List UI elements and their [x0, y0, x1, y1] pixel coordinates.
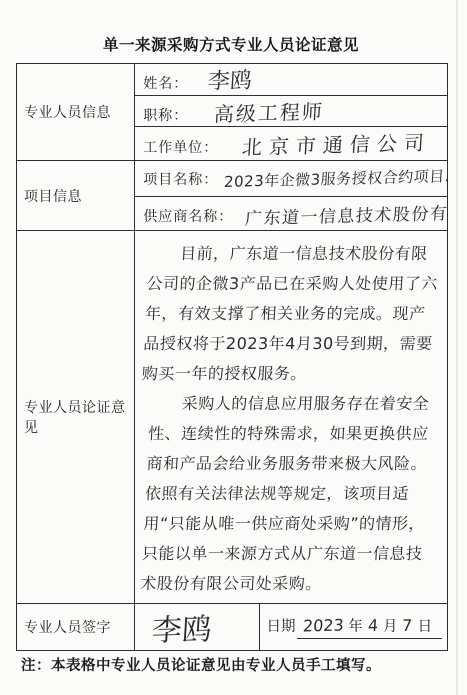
table-row: 专业人员签字 李鸥 日期2023年4月7日	[17, 604, 448, 651]
opinion-section-label: 专业人员论证意见	[17, 231, 135, 604]
date-day-unit: 日	[418, 619, 433, 635]
opinion-paragraph-2: 采购人的信息应用服务存在着安全性、连续性的特殊需求，如果更换供应商和产品会给业务…	[140, 389, 443, 599]
signature-cell: 李鸥	[135, 604, 259, 651]
project-section-label: 项目信息	[17, 161, 135, 231]
table-row: 专业人员信息 姓名：李鸥	[17, 64, 448, 96]
paper-edge-scan-artifact	[456, 0, 458, 695]
table-row: 专业人员论证意见 目前，广东道一信息技术股份有限公司的企微3产品已在采购人处使用…	[17, 231, 448, 604]
date-year-unit: 年	[348, 619, 363, 635]
opinion-text-cell: 目前，广东道一信息技术股份有限公司的企微3产品已在采购人处使用了六年，有效支撑了…	[135, 231, 448, 604]
project-name-label: 项目名称：	[143, 173, 218, 188]
date-day-handwritten: 7	[402, 616, 413, 635]
name-field-cell: 姓名：李鸥	[135, 64, 448, 96]
opinion-paragraph-1: 目前，广东道一信息技术股份有限公司的企微3产品已在采购人处使用了六年，有效支撑了…	[141, 239, 441, 389]
workunit-handwritten-value: 北京市通信公司	[241, 127, 432, 161]
opinion-form-table: 专业人员信息 姓名：李鸥 职称：高级工程师 工作单位：北京市通信公司 项目信息 …	[16, 63, 448, 651]
supplier-label: 供应商名称：	[143, 210, 233, 225]
name-handwritten-value: 李鸥	[207, 64, 253, 96]
date-year-handwritten: 2023	[302, 615, 344, 635]
date-cell: 日期2023年4月7日	[259, 604, 447, 651]
jobtitle-field-cell: 职称：高级工程师	[135, 96, 448, 127]
footer-note: 注：本表格中专业人员论证意见由专业人员手工填写。	[21, 654, 381, 675]
personnel-section-label: 专业人员信息	[17, 64, 135, 161]
project-name-handwritten-value: 2023年企微3服务授权合约项目.	[224, 165, 448, 192]
table-row: 项目信息 项目名称：2023年企微3服务授权合约项目.	[17, 161, 448, 197]
scanned-form-page: 单一来源采购方式专业人员论证意见 专业人员信息 姓名：李鸥 职称：高级工程师 工…	[0, 0, 467, 695]
date-label: 日期	[267, 619, 296, 635]
signature-handwritten: 李鸥	[151, 604, 214, 650]
jobtitle-label: 职称：	[143, 109, 188, 124]
project-name-field-cell: 项目名称：2023年企微3服务授权合约项目.	[135, 161, 448, 197]
date-filled-blank: 2023年4月7日	[297, 615, 443, 639]
signature-section-label: 专业人员签字	[17, 604, 135, 651]
workunit-label: 工作单位：	[143, 141, 218, 156]
jobtitle-handwritten-value: 高级工程师	[213, 96, 325, 127]
workunit-field-cell: 工作单位：北京市通信公司	[135, 127, 448, 161]
date-month-handwritten: 4	[367, 616, 378, 635]
supplier-field-cell: 供应商名称：广东道一信息技术股份有限公司	[135, 197, 448, 231]
supplier-handwritten-value: 广东道一信息技术股份有限公司	[245, 198, 448, 230]
name-label: 姓名：	[143, 77, 188, 92]
date-month-unit: 月	[383, 619, 398, 635]
page-title: 单一来源采购方式专业人员论证意见	[0, 33, 462, 55]
